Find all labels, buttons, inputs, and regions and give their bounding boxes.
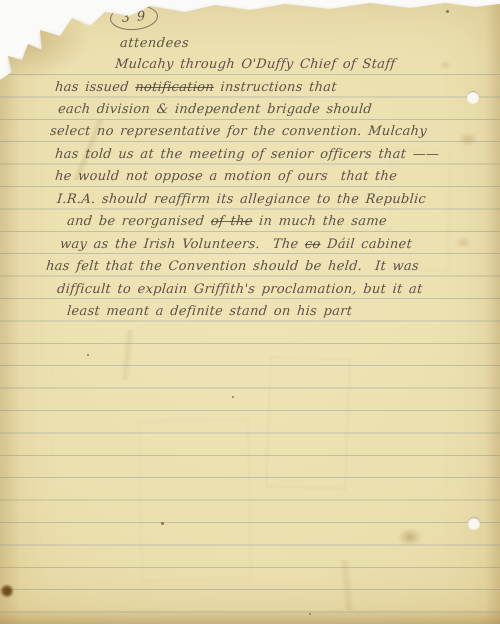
paper-sheet: 39 attendees Mulcahy through O'Duffy Chi…	[0, 0, 500, 624]
page-number-circle: 39	[109, 3, 159, 31]
stain	[0, 584, 14, 598]
paper-crease	[0, 330, 260, 380]
handwriting-text: has issued	[54, 80, 136, 95]
handwriting-text: he would not oppose a motion of ours tha…	[54, 169, 397, 184]
handwriting-text: way as the Irish Volunteers. The	[59, 237, 305, 252]
speck	[87, 354, 89, 356]
struck-out-text: co	[304, 237, 321, 252]
handwritten-line: he would not oppose a motion of ours tha…	[54, 169, 397, 184]
handwritten-line: least meant a definite stand on his part	[66, 304, 353, 319]
speck	[309, 613, 311, 615]
handwriting-text: and be reorganised	[66, 214, 211, 229]
handwritten-lines: Mulcahy through O'Duffy Chief of Staffha…	[0, 0, 500, 624]
handwriting-text: has told us at the meeting of senior off…	[54, 147, 413, 162]
handwritten-line: has told us at the meeting of senior off…	[54, 147, 440, 162]
handwriting-text: least meant a definite stand on his part	[66, 304, 353, 319]
punch-hole-top	[467, 91, 479, 103]
stain	[454, 236, 472, 249]
show-through-mark	[139, 419, 252, 581]
punch-hole-bottom	[468, 517, 480, 529]
speck	[161, 522, 164, 525]
handwriting-text: ——	[412, 147, 440, 162]
show-through-mark	[389, 149, 451, 270]
stain	[438, 60, 452, 70]
handwritten-line: difficult to explain Griffith's proclama…	[56, 282, 423, 297]
ruled-lines	[0, 74, 500, 615]
handwritten-line: has issued notification instructions tha…	[54, 80, 337, 95]
show-through-mark	[266, 357, 350, 490]
handwriting-text: difficult to explain Griffith's proclama…	[56, 282, 423, 297]
scanned-page-wrapper: 39 attendees Mulcahy through O'Duffy Chi…	[0, 0, 500, 624]
stain	[458, 132, 478, 147]
handwriting-text: Dáil cabinet	[320, 237, 413, 252]
handwriting-text: in much the same	[252, 214, 388, 229]
handwritten-line: select no representative for the convent…	[49, 124, 427, 139]
speck	[232, 396, 234, 398]
handwritten-line: and be reorganised of the in much the sa…	[66, 214, 387, 229]
handwriting-text: select no representative for the convent…	[49, 124, 427, 139]
handwriting-text: Mulcahy through O'Duffy Chief of Staff	[114, 57, 396, 72]
page-annotation: attendees	[119, 36, 189, 51]
paper-crease	[200, 560, 500, 610]
handwriting-text: has felt that the Convention should be h…	[45, 259, 419, 274]
stain	[398, 528, 422, 546]
handwritten-line: I.R.A. should reaffirm its allegiance to…	[56, 192, 426, 207]
handwriting-text: instructions that	[213, 80, 337, 95]
handwritten-line: way as the Irish Volunteers. The co Dáil…	[59, 237, 412, 252]
struck-out-text: of the	[210, 214, 253, 229]
handwriting-text: I.R.A. should reaffirm its allegiance to…	[56, 192, 426, 207]
struck-out-text: notification	[135, 80, 215, 95]
handwriting-text: each division & independent brigade shou…	[57, 102, 372, 117]
handwritten-line: Mulcahy through O'Duffy Chief of Staff	[114, 57, 396, 72]
handwritten-line: has felt that the Convention should be h…	[45, 259, 419, 274]
page-number: 39	[121, 9, 153, 26]
speck	[446, 10, 449, 13]
handwritten-line: each division & independent brigade shou…	[57, 102, 372, 117]
paper-crease	[0, 120, 180, 180]
